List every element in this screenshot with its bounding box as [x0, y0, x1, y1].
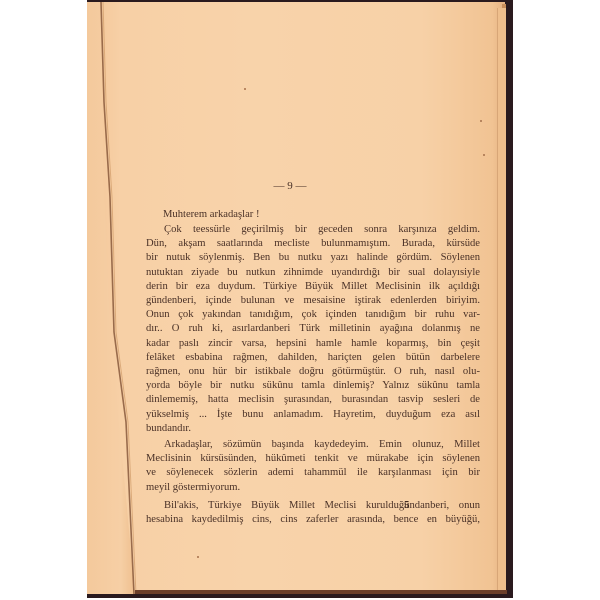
paragraph-1: Çok teessürle geçirilmiş bir geceden son…: [146, 223, 480, 436]
page-crease: [100, 2, 140, 594]
paper-speck: [483, 154, 485, 156]
text-line: Çok teessürle geçirilmiş bir geceden son…: [146, 223, 480, 237]
paper-speck: [244, 88, 246, 90]
text-line: yorda böyle bir nutku sükûnu tamla dinle…: [146, 379, 480, 393]
paragraph-2: Arkadaşlar, sözümün başında kaydedeyim. …: [146, 438, 480, 495]
text-line: dinlememiş, hatta meclisin şurasından, b…: [146, 393, 480, 407]
text-line: meyil göstermiyorum.: [146, 481, 480, 495]
text-line: felâket esbabina rağmen, dahilden, hariç…: [146, 351, 480, 365]
text-line: derin bir eza duydum. Türkiye Büyük Mill…: [146, 280, 480, 294]
page-number-header: — 9 —: [270, 180, 310, 192]
text-line: bundandır.: [146, 422, 480, 436]
text-line: kadar paslı zincir varsa, hepsini hamle …: [146, 337, 480, 351]
text-line: rağmen, onu hür bir istikbale doğru götü…: [146, 365, 480, 379]
paper-speck: [197, 556, 199, 558]
text-line: hesabina kaydedilmiş cins, cins zaferler…: [146, 513, 480, 527]
text-line: Arkadaşlar, sözümün başında kaydedeyim. …: [146, 438, 480, 452]
page-fore-edge: [497, 8, 506, 592]
text-line: Meclisinin kürsüsünden, hükûmeti tenkit …: [146, 452, 480, 466]
text-line: ve söylenecek sözlerin ademi tahammül il…: [146, 466, 480, 480]
text-line: dır.. O ruh ki, asırlardanberi Türk mill…: [146, 322, 480, 336]
salutation: Muhterem arkadaşlar !: [163, 209, 259, 220]
text-line: yükselmiş ... İşte bunu anlamadım. Hayre…: [146, 408, 480, 422]
text-line: Bil'akis, Türkiye Büyük Millet Meclisi k…: [146, 499, 480, 513]
page-bottom-edge: [135, 590, 507, 594]
signature-mark: 5: [404, 499, 410, 511]
text-line: Onun çok yakından tanıdığım, çok içinden…: [146, 308, 480, 322]
text-line: Dün, akşam saatlarında mecliste bulunmam…: [146, 237, 480, 251]
text-line: nutuktan ziyade bu nutkun zihnimde uyand…: [146, 266, 480, 280]
paragraph-3: Bil'akis, Türkiye Büyük Millet Meclisi k…: [146, 499, 480, 527]
paper-speck: [480, 120, 482, 122]
text-line: bir nutuk söylenmiş. Ben bu nutku yazı h…: [146, 251, 480, 265]
text-line: gündenberi, içinde bulunan ve mesaisine …: [146, 294, 480, 308]
